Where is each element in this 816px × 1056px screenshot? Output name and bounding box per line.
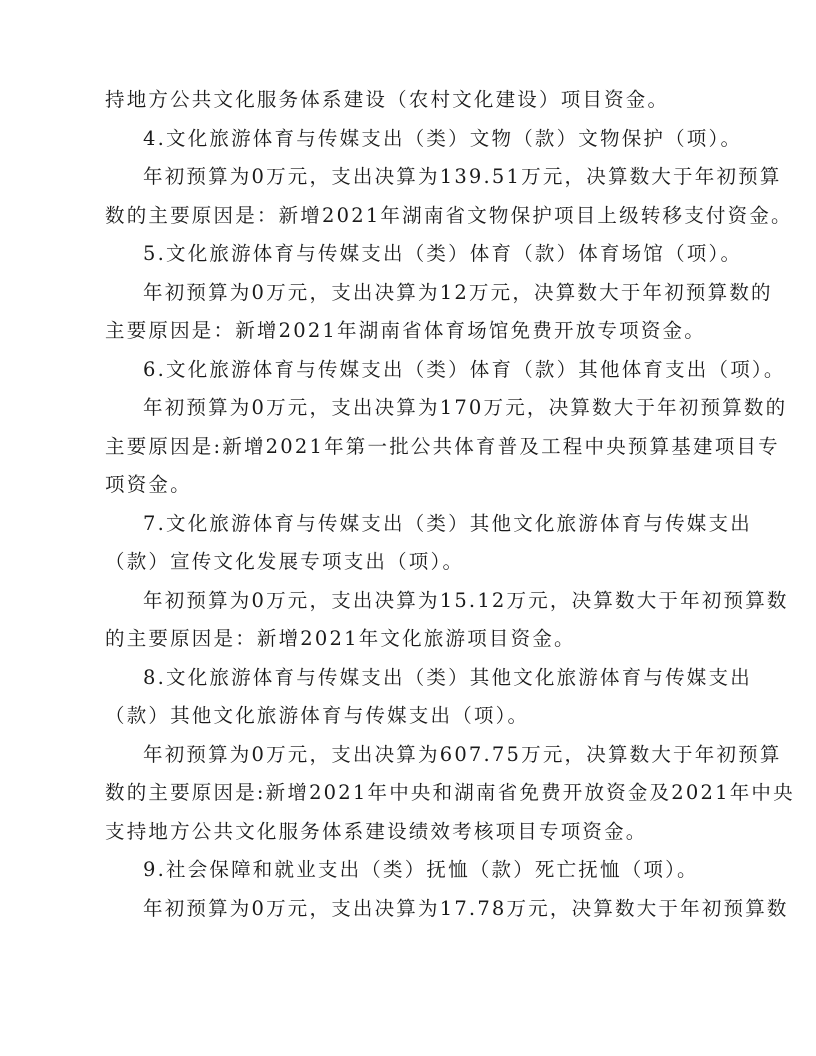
text-line: 年初预算为0万元，支出决算为17.78万元，决算数大于年初预算数 [105, 890, 717, 929]
section-heading-5: 5.文化旅游体育与传媒支出（类）体育（款）体育场馆（项）。 [105, 235, 717, 274]
text-line: 项资金。 [105, 466, 717, 505]
text-line: 数的主要原因是：新增2021年湖南省文物保护项目上级转移支付资金。 [105, 197, 717, 236]
text-line: 年初预算为0万元，支出决算为607.75万元，决算数大于年初预算 [105, 736, 717, 775]
section-heading-9: 9.社会保障和就业支出（类）抚恤（款）死亡抚恤（项）。 [105, 851, 717, 890]
text-line: 年初预算为0万元，支出决算为139.51万元，决算数大于年初预算 [105, 158, 717, 197]
text-line: 数的主要原因是:新增2021年中央和湖南省免费开放资金及2021年中央 [105, 774, 717, 813]
section-heading-8-cont: （款）其他文化旅游体育与传媒支出（项）。 [105, 697, 717, 736]
text-line: 主要原因是：新增2021年湖南省体育场馆免费开放专项资金。 [105, 312, 717, 351]
text-line: 年初预算为0万元，支出决算为170万元，决算数大于年初预算数的 [105, 389, 717, 428]
section-heading-8: 8.文化旅游体育与传媒支出（类）其他文化旅游体育与传媒支出 [105, 659, 717, 698]
text-line: 年初预算为0万元，支出决算为12万元，决算数大于年初预算数的 [105, 274, 717, 313]
text-line: 主要原因是:新增2021年第一批公共体育普及工程中央预算基建项目专 [105, 428, 717, 467]
text-line: 持地方公共文化服务体系建设（农村文化建设）项目资金。 [105, 81, 717, 120]
section-heading-7: 7.文化旅游体育与传媒支出（类）其他文化旅游体育与传媒支出 [105, 505, 717, 544]
document-page: 持地方公共文化服务体系建设（农村文化建设）项目资金。 4.文化旅游体育与传媒支出… [105, 81, 717, 928]
section-heading-6: 6.文化旅游体育与传媒支出（类）体育（款）其他体育支出（项）。 [105, 351, 717, 390]
text-line: 的主要原因是：新增2021年文化旅游项目资金。 [105, 620, 717, 659]
text-line: 年初预算为0万元，支出决算为15.12万元，决算数大于年初预算数 [105, 582, 717, 621]
text-line: 支持地方公共文化服务体系建设绩效考核项目专项资金。 [105, 813, 717, 852]
section-heading-4: 4.文化旅游体育与传媒支出（类）文物（款）文物保护（项）。 [105, 120, 717, 159]
section-heading-7-cont: （款）宣传文化发展专项支出（项）。 [105, 543, 717, 582]
